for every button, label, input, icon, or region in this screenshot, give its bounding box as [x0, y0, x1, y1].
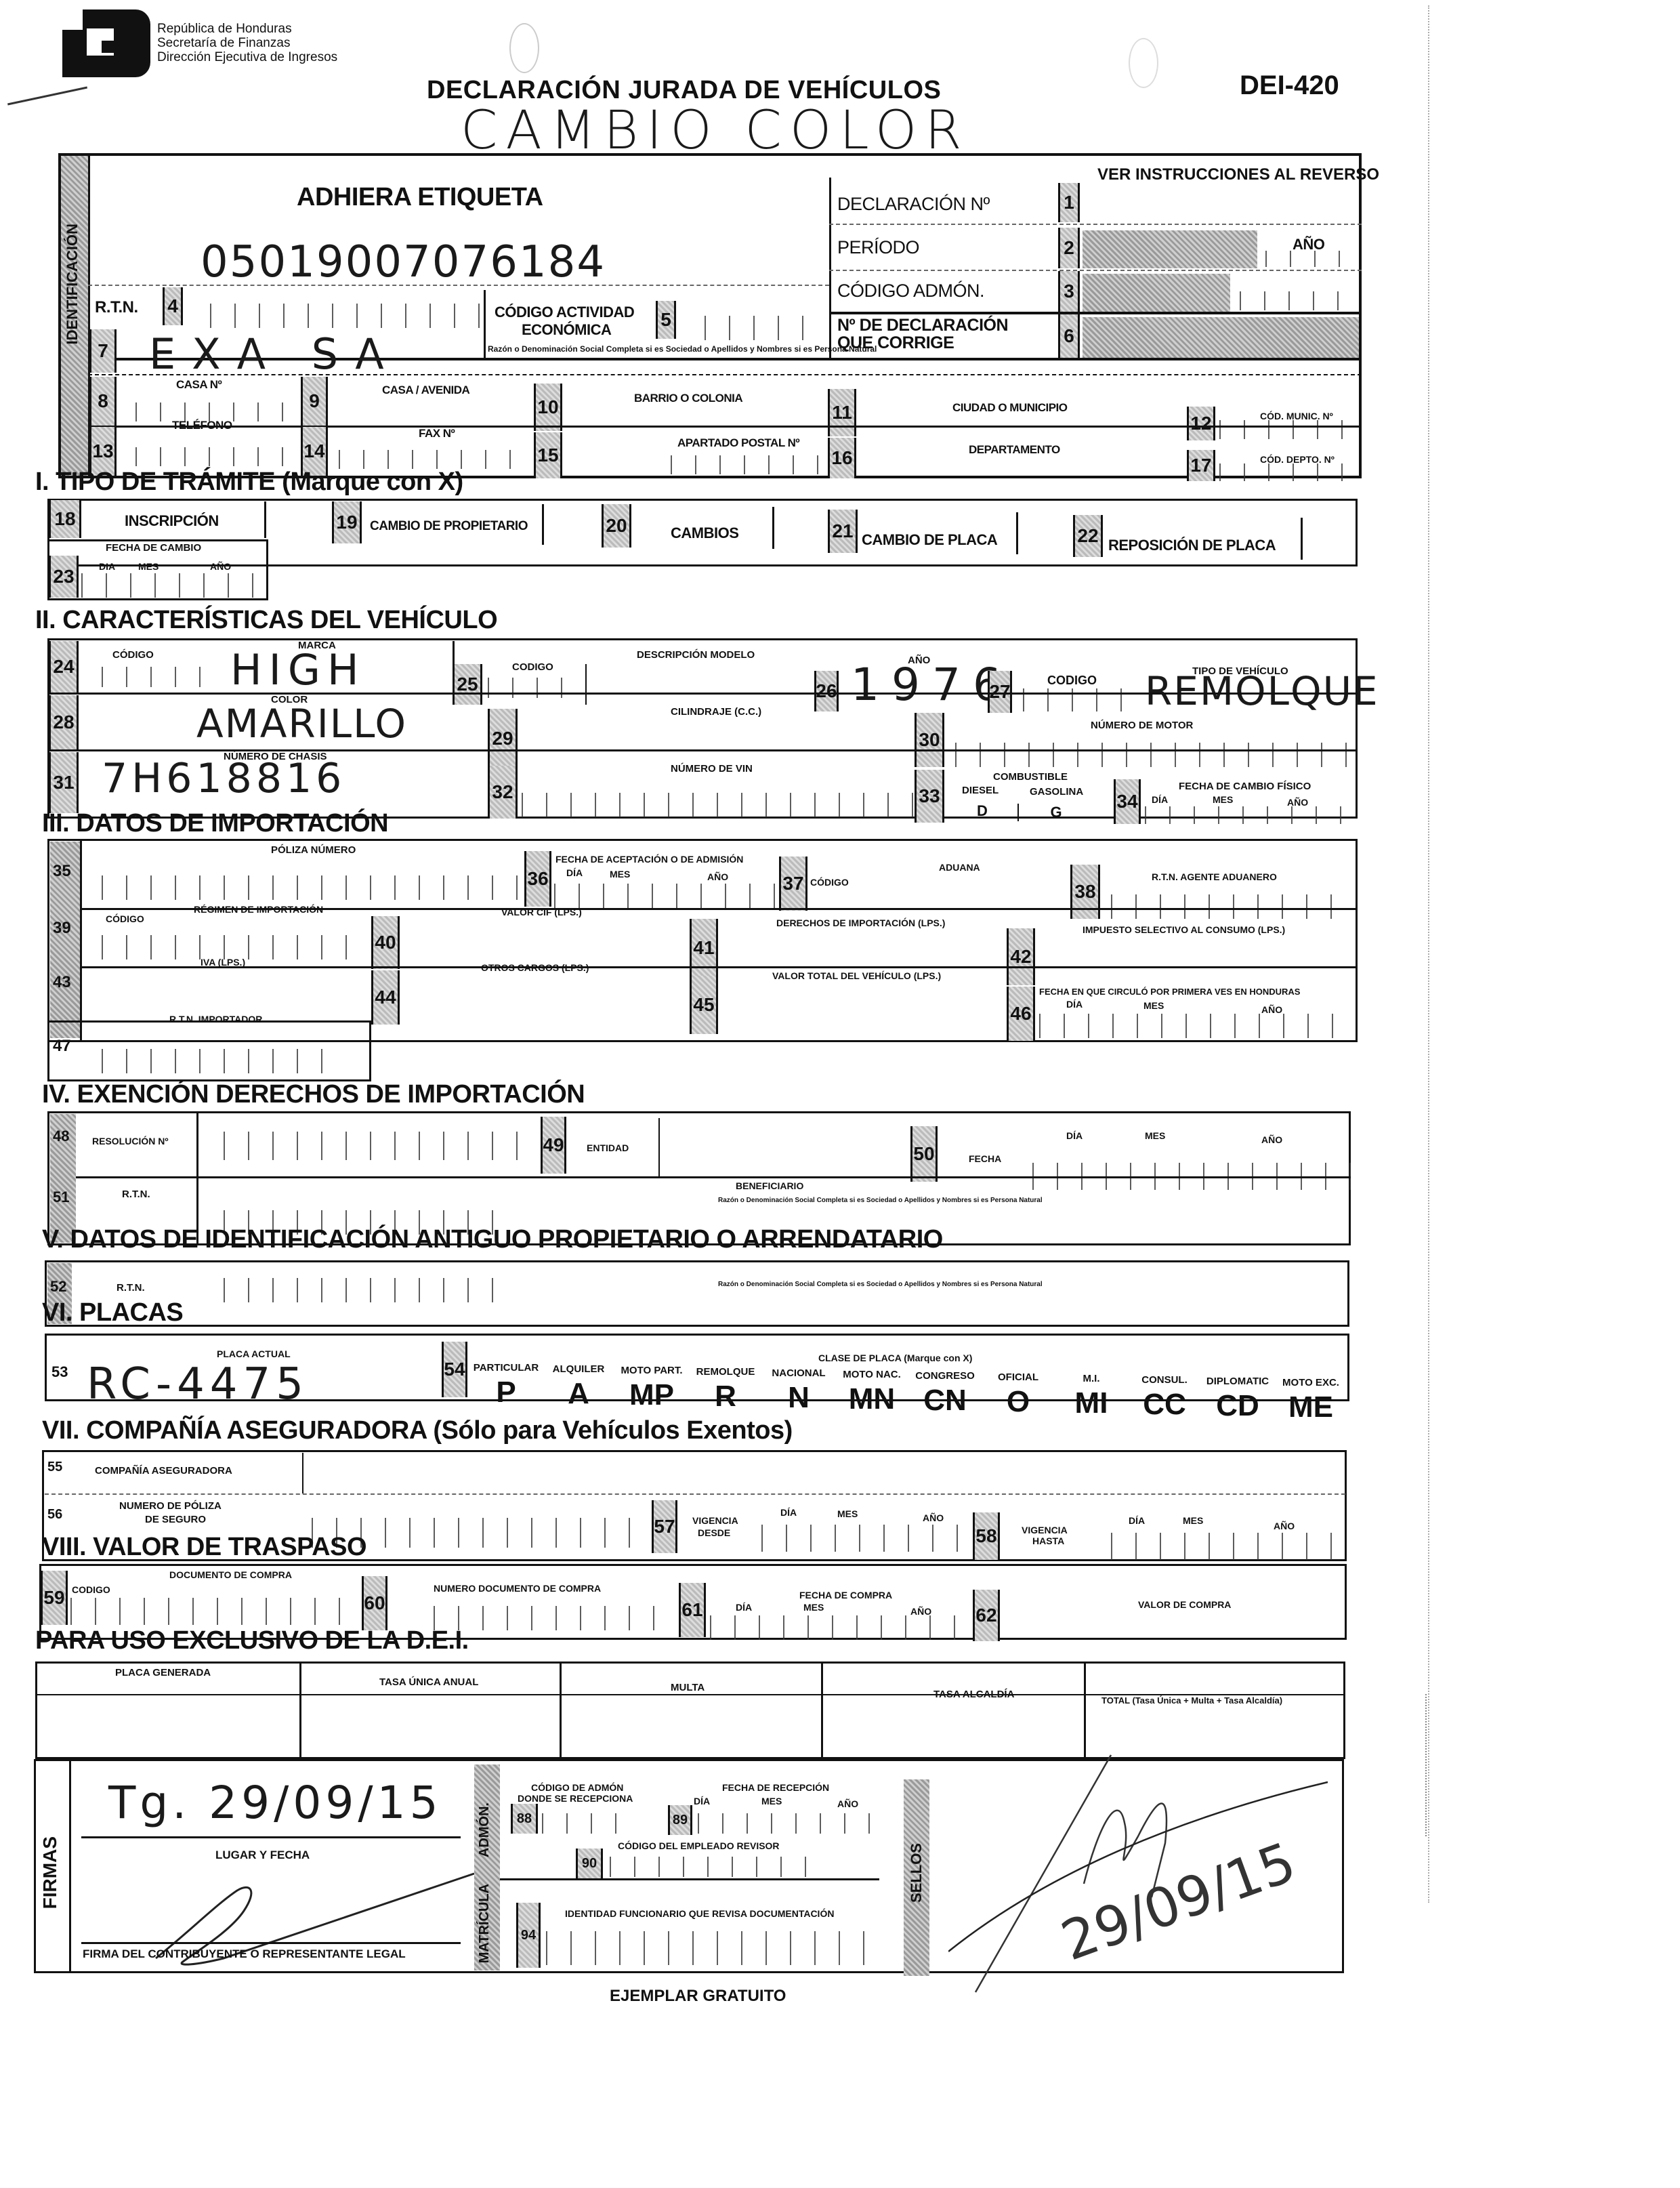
- placa-actual-value[interactable]: RC-4475: [87, 1359, 309, 1409]
- razon-social-value[interactable]: EXA SA: [149, 329, 400, 379]
- cilindraje-label: CILINDRAJE (C.C.): [671, 706, 761, 718]
- fecha-recepcion-input[interactable]: [698, 1813, 874, 1834]
- poliza-label: PÓLIZA NÚMERO: [271, 844, 356, 856]
- entidad-label: ENTIDAD: [587, 1142, 629, 1153]
- field-num-89: 89: [668, 1805, 692, 1835]
- uso-dei-col-placa: PLACA GENERADA: [115, 1667, 211, 1678]
- aduana-label: ADUANA: [939, 862, 980, 873]
- rtn-agente-label: R.T.N. AGENTE ADUANERO: [1152, 871, 1277, 882]
- rtn-agente-input[interactable]: [1111, 894, 1355, 919]
- field-num-23: 23: [49, 556, 79, 598]
- field-num-47: 47: [53, 1037, 71, 1056]
- field-num-42: 42: [1007, 928, 1035, 985]
- departamento-label: DEPARTAMENTO: [969, 443, 1060, 457]
- field-num-94: 94: [516, 1903, 541, 1968]
- field-num-51: 51: [53, 1189, 69, 1206]
- fecha-aceptacion-input[interactable]: [554, 884, 778, 908]
- fecha-circulo-input[interactable]: [1039, 1014, 1355, 1038]
- marca-codigo-input[interactable]: [102, 667, 203, 687]
- tramite-option-label: CAMBIO DE PLACA: [862, 531, 997, 549]
- fecha-aceptacion-anio: AÑO: [707, 871, 728, 882]
- fecha-aceptacion-mes: MES: [610, 869, 630, 880]
- chasis-value[interactable]: 7H618816: [102, 755, 345, 802]
- identificacion-side-label: IDENTIFICACIÓN: [64, 224, 81, 344]
- fecha-aceptacion-label: FECHA DE ACEPTACIÓN O DE ADMISIÓN: [555, 854, 743, 865]
- antiguo-rtn-input[interactable]: [224, 1278, 495, 1302]
- color-value[interactable]: AMARILLO: [196, 701, 407, 747]
- lugar-fecha-value[interactable]: Tg. 29/09/15: [108, 1777, 442, 1829]
- poliza-input[interactable]: [102, 875, 522, 900]
- combustible-label: COMBUSTIBLE: [993, 771, 1068, 783]
- placa-actual-label: PLACA ACTUAL: [217, 1348, 291, 1359]
- tramite-checkbox-cambio-propietario[interactable]: [542, 504, 604, 545]
- exencion-fecha-anio: AÑO: [1261, 1134, 1282, 1145]
- codigo-admon-recepciona-label-1: CÓDIGO DE ADMÓN: [531, 1782, 623, 1793]
- sticker-label: ADHIERA ETIQUETA: [297, 183, 543, 212]
- empleado-revisor-input[interactable]: [610, 1857, 826, 1877]
- modelo-codigo-label: CODIGO: [512, 661, 553, 673]
- fecha-recepcion-dia: DÍA: [694, 1796, 710, 1807]
- org-name: República de Honduras Secretaría de Fina…: [157, 22, 337, 64]
- calle-label: CASA / AVENIDA: [382, 384, 469, 397]
- motor-input[interactable]: [955, 743, 1355, 767]
- fecha-circulo-dia: DÍA: [1066, 999, 1083, 1010]
- field-num-45: 45: [690, 976, 718, 1034]
- poliza-seguro-label-1: NUMERO DE PÓLIZA: [119, 1500, 222, 1512]
- field-num-40: 40: [371, 916, 400, 969]
- sellos-side-label: SELLOS: [908, 1843, 925, 1903]
- section-traspaso-title: VIII. VALOR DE TRASPASO: [42, 1533, 366, 1562]
- vigencia-desde-label-1: VIGENCIA: [692, 1515, 738, 1526]
- field-num-16: 16: [828, 438, 856, 478]
- uso-dei-col-tasa: TASA ÚNICA ANUAL: [379, 1676, 478, 1688]
- tramite-checkbox-reposicion-placa[interactable]: [1301, 518, 1357, 560]
- fecha-recepcion-label: FECHA DE RECEPCIÓN: [722, 1782, 829, 1793]
- tipo-codigo-label: CODIGO: [1047, 674, 1097, 688]
- valor-total-label: VALOR TOTAL DEL VEHÍCULO (LPS.): [772, 970, 941, 981]
- numero-documento-input[interactable]: [434, 1606, 677, 1630]
- handwritten-note: CAMBIO COLOR: [461, 100, 970, 161]
- vigencia-hasta-label-2: HASTA: [1032, 1535, 1064, 1546]
- section-aseguradora-title: VII. COMPAÑÍA ASEGURADORA (Sólo para Veh…: [42, 1416, 793, 1445]
- admon-side-label: ADMÓN.: [477, 1802, 492, 1857]
- derechos-label: DERECHOS DE IMPORTACIÓN (LPS.): [776, 917, 945, 928]
- margin-bracket: [1425, 1694, 1427, 1836]
- selectivo-input[interactable]: [1036, 942, 1355, 983]
- vigencia-desde-anio: AÑO: [923, 1512, 944, 1523]
- section-uso-dei-title: PARA USO EXCLUSIVO DE LA D.E.I.: [35, 1626, 469, 1655]
- fax-input[interactable]: [339, 450, 528, 469]
- field-num-57: 57: [652, 1500, 677, 1553]
- uso-dei-col-total: TOTAL (Tasa Única + Multa + Tasa Alcaldí…: [1101, 1695, 1282, 1706]
- beneficiario-label: BENEFICIARIO: [736, 1180, 803, 1191]
- footer-label: EJEMPLAR GRATUITO: [610, 1987, 786, 2006]
- field-num-3: 3: [1058, 271, 1080, 312]
- tramite-option-label: CAMBIO DE PROPIETARIO: [370, 519, 528, 534]
- codigo-admon-input[interactable]: [1240, 291, 1359, 310]
- valor-cif-label: VALOR CIF (LPS.): [501, 907, 582, 917]
- fecha-cambio-label: FECHA DE CAMBIO: [106, 542, 201, 554]
- field-num-62: 62: [973, 1590, 1000, 1641]
- section-importacion-title: III. DATOS DE IMPORTACIÓN: [42, 809, 388, 838]
- field-num-50: 50: [910, 1126, 938, 1182]
- field-num-36: 36: [524, 851, 551, 907]
- documento-compra-input[interactable]: [70, 1598, 355, 1625]
- exencion-fecha-label: FECHA: [969, 1153, 1001, 1164]
- vigencia-desde-dia: DÍA: [780, 1507, 797, 1518]
- section-tramite-title: I. TIPO DE TRÁMITE (Marque con X): [35, 468, 463, 497]
- field-num-7: 7: [89, 329, 117, 373]
- field-num-53: 53: [51, 1363, 68, 1381]
- section-antiguo-title: V. DATOS DE IDENTIFICACIÓN ANTIGUO PROPI…: [42, 1225, 943, 1254]
- field-num-2: 2: [1058, 228, 1080, 268]
- codigo-admon-label: CÓDIGO ADMÓN.: [837, 281, 984, 302]
- section-vehiculo-title: II. CARACTERÍSTICAS DEL VEHÍCULO: [35, 606, 497, 635]
- antiguo-name-input[interactable]: [499, 1290, 1345, 1323]
- vin-label: NÚMERO DE VIN: [671, 763, 753, 775]
- resolucion-label: RESOLUCIÓN Nº: [92, 1136, 168, 1147]
- valor-compra-label: VALOR DE COMPRA: [1138, 1599, 1231, 1610]
- form-code: DEI-420: [1240, 70, 1339, 101]
- diesel-option[interactable]: D: [948, 802, 1016, 820]
- telefono-input[interactable]: [135, 447, 298, 466]
- field-num-22: 22: [1073, 515, 1103, 557]
- field-num-27: 27: [988, 671, 1012, 713]
- field-num-5: 5: [656, 301, 676, 339]
- fecha-aceptacion-dia: DÍA: [566, 867, 583, 878]
- gasolina-option[interactable]: G: [1017, 804, 1093, 821]
- rtn-importador-label: R.T.N. IMPORTADOR: [169, 1014, 262, 1025]
- funcionario-label: IDENTIDAD FUNCIONARIO QUE REVISA DOCUMEN…: [565, 1908, 834, 1919]
- cod-munic-input[interactable]: [1219, 420, 1355, 439]
- field-num-33: 33: [915, 770, 944, 823]
- field-num-88: 88: [511, 1804, 538, 1834]
- field-num-24: 24: [49, 641, 79, 693]
- compania-input[interactable]: [302, 1453, 1347, 1493]
- regimen-label: RÉGIMEN DE IMPORTACIÓN: [194, 904, 323, 915]
- field-num-28: 28: [49, 695, 79, 749]
- iva-input[interactable]: [83, 976, 367, 1010]
- vigencia-hasta-label-1: VIGENCIA: [1022, 1525, 1068, 1535]
- vigencia-hasta-dia: DÍA: [1129, 1515, 1145, 1526]
- dei-logo: [62, 9, 150, 77]
- field-num-31: 31: [49, 752, 79, 813]
- codigo-admon-recepciona-label-2: DONDE SE RECEPCIONA: [518, 1793, 633, 1804]
- vigencia-desde-label-2: DESDE: [698, 1527, 730, 1538]
- codigo-actividad-label-1: CÓDIGO ACTIVIDAD: [495, 304, 634, 321]
- fax-label: FAX Nº: [419, 427, 455, 440]
- field-num-37: 37: [779, 856, 807, 911]
- codigo-admon-recepciona-input[interactable]: [542, 1813, 630, 1834]
- clase-placa-label: CLASE DE PLACA (Marque con X): [818, 1353, 972, 1363]
- field-num-34: 34: [1114, 779, 1141, 824]
- field-num-11: 11: [828, 389, 856, 436]
- field-num-41: 41: [690, 919, 718, 977]
- compania-label: COMPAÑÍA ASEGURADORA: [95, 1465, 232, 1477]
- fecha-compra-dia: DÍA: [736, 1602, 752, 1613]
- antiguo-rtn-label: R.T.N.: [117, 1282, 145, 1294]
- valor-total-input[interactable]: [719, 989, 1004, 1034]
- fecha-cambio-mes: MES: [138, 561, 159, 572]
- declaracion-corrige-input[interactable]: [1083, 317, 1359, 358]
- documento-compra-label: DOCUMENTO DE COMPRA: [169, 1569, 292, 1580]
- field-num-48: 48: [53, 1128, 69, 1145]
- cilindraje-input[interactable]: [520, 721, 913, 762]
- casa-no-label: CASA Nº: [176, 378, 222, 392]
- firma-contribuyente-label: FIRMA DEL CONTRIBUYENTE O REPRESENTANTE …: [83, 1947, 406, 1961]
- funcionario-input[interactable]: [546, 1931, 871, 1965]
- rtn-label: R.T.N.: [95, 298, 138, 317]
- modelo-input[interactable]: [585, 664, 810, 705]
- declaracion-corrige-label-1: Nº DE DECLARACIÓN: [837, 316, 1008, 335]
- valor-compra-input[interactable]: [1003, 1613, 1344, 1640]
- fecha-cambio-fisico-mes: MES: [1213, 794, 1233, 805]
- periodo-year-input[interactable]: [1265, 251, 1360, 267]
- diesel-label: DIESEL: [962, 785, 999, 796]
- fecha-circulo-label: FECHA EN QUE CIRCULÓ POR PRIMERA VES EN …: [1039, 987, 1300, 997]
- field-num-17: 17: [1187, 450, 1215, 481]
- field-num-15: 15: [534, 432, 562, 478]
- tramite-option-label: INSCRIPCIÓN: [125, 512, 219, 530]
- exencion-rtn-label: R.T.N.: [122, 1189, 150, 1200]
- field-num-52: 52: [50, 1278, 66, 1296]
- selectivo-label: IMPUESTO SELECTIVO AL CONSUMO (LPS.): [1083, 924, 1285, 935]
- modelo-label: DESCRIPCIÓN MODELO: [637, 649, 755, 661]
- iva-label: IVA (LPS.): [201, 957, 245, 968]
- vigencia-hasta-mes: MES: [1183, 1515, 1203, 1526]
- gasolina-label: GASOLINA: [1030, 786, 1083, 798]
- exencion-fecha-mes: MES: [1145, 1130, 1165, 1141]
- rtn-importador-input[interactable]: [102, 1049, 345, 1073]
- field-num-26: 26: [814, 671, 839, 711]
- field-num-54: 54: [442, 1342, 467, 1397]
- tramite-option-label: REPOSICIÓN DE PLACA: [1108, 537, 1276, 554]
- field-num-35: 35: [53, 862, 71, 881]
- field-num-30: 30: [915, 713, 944, 767]
- tramite-option-label: CAMBIOS: [671, 524, 738, 542]
- field-num-12: 12: [1187, 407, 1215, 440]
- antiguo-hint: Razón o Denominación Social Completa si …: [718, 1281, 1043, 1288]
- fecha-cambio-fisico-input[interactable]: [1145, 806, 1355, 824]
- punch-hole-left: [509, 23, 539, 73]
- fecha-compra-label: FECHA DE COMPRA: [799, 1590, 892, 1601]
- periodo-shaded: [1083, 230, 1257, 268]
- fecha-cambio-anio: AÑO: [210, 561, 231, 572]
- lugar-fecha-label: LUGAR Y FECHA: [215, 1849, 310, 1862]
- ciudad-label: CIUDAD O MUNICIPIO: [952, 401, 1068, 415]
- field-num-58: 58: [973, 1512, 1000, 1560]
- barrio-label: BARRIO O COLONIA: [634, 392, 742, 405]
- otros-input[interactable]: [401, 976, 686, 1023]
- field-num-20: 20: [602, 504, 631, 548]
- vigencia-hasta-anio: AÑO: [1274, 1521, 1295, 1531]
- declaracion-no-input[interactable]: [1080, 183, 1359, 222]
- codigo-actividad-label-2: ECONÓMICA: [522, 321, 611, 339]
- telefono-label: TELÉFONO: [172, 419, 232, 432]
- field-num-19: 19: [332, 501, 362, 543]
- calle-input[interactable]: [329, 401, 532, 424]
- field-num-60: 60: [362, 1576, 387, 1630]
- exencion-fecha-dia: DÍA: [1066, 1130, 1083, 1141]
- field-num-4: 4: [163, 287, 183, 325]
- field-num-32: 32: [488, 766, 518, 819]
- beneficiario-hint: Razón o Denominación Social Completa si …: [718, 1197, 1043, 1204]
- field-num-10: 10: [534, 384, 562, 431]
- codigo-admon-shaded: [1083, 274, 1230, 312]
- field-num-55: 55: [47, 1460, 62, 1475]
- fecha-compra-input[interactable]: [710, 1615, 967, 1640]
- field-num-6: 6: [1058, 314, 1080, 358]
- field-num-44: 44: [371, 970, 400, 1025]
- vigencia-hasta-input[interactable]: [1111, 1533, 1341, 1560]
- vigencia-desde-mes: MES: [837, 1508, 858, 1519]
- matricula-side-label: MATRÍCULA: [477, 1884, 492, 1963]
- vigencia-desde-input[interactable]: [761, 1525, 971, 1552]
- periodo-label: PERÍODO: [837, 237, 919, 258]
- numero-documento-label: NUMERO DOCUMENTO DE COMPRA: [434, 1583, 601, 1594]
- fecha-compra-mes: MES: [803, 1602, 824, 1613]
- documento-codigo-label: CODIGO: [72, 1584, 110, 1595]
- section-exencion-title: IV. EXENCIÓN DERECHOS DE IMPORTACIÓN: [42, 1080, 585, 1109]
- codigo-actividad-input[interactable]: [705, 316, 820, 340]
- field-num-29: 29: [488, 709, 518, 768]
- pen-stroke: [7, 87, 87, 106]
- section-placas-title: VI. PLACAS: [42, 1298, 183, 1327]
- tipo-value[interactable]: REMOLQUE: [1145, 668, 1379, 714]
- marca-codigo-label: CÓDIGO: [112, 649, 154, 661]
- fecha-cambio-input[interactable]: [81, 573, 264, 598]
- resolucion-input[interactable]: [224, 1132, 549, 1160]
- cod-depto-input[interactable]: [1219, 463, 1355, 481]
- marca-value[interactable]: HIGH: [230, 645, 366, 695]
- field-num-46: 46: [1007, 987, 1035, 1041]
- field-num-49: 49: [541, 1117, 566, 1174]
- otros-label: OTROS CARGOS (LPS.): [481, 962, 589, 973]
- aduana-input[interactable]: [810, 888, 1068, 915]
- fecha-recepcion-anio: AÑO: [837, 1798, 858, 1809]
- tramite-checkbox-inscripcion[interactable]: [264, 501, 334, 538]
- apartado-input[interactable]: [671, 455, 820, 474]
- razon-social-hint: Razón o Denominación Social Completa si …: [488, 344, 877, 354]
- fecha-recepcion-mes: MES: [761, 1796, 782, 1807]
- regimen-codigo-label: CÓDIGO: [106, 913, 144, 924]
- apartado-label: APARTADO POSTAL Nº: [677, 436, 799, 450]
- modelo-codigo-input[interactable]: [488, 678, 562, 698]
- rtn-input[interactable]: [210, 304, 481, 328]
- punch-hole-right: [1129, 38, 1158, 88]
- declaracion-no-label: DECLARACIÓN Nº: [837, 194, 990, 215]
- poliza-seguro-label-2: DE SEGURO: [145, 1514, 206, 1525]
- empleado-revisor-label: CÓDIGO DEL EMPLEADO REVISOR: [618, 1840, 780, 1851]
- field-num-9: 9: [301, 377, 328, 426]
- field-num-39: 39: [53, 919, 71, 938]
- field-num-38: 38: [1070, 865, 1100, 919]
- fecha-circulo-mes: MES: [1143, 1000, 1164, 1011]
- uso-dei-col-multa: MULTA: [671, 1682, 705, 1693]
- firmas-side-label: FIRMAS: [39, 1836, 61, 1909]
- departamento-input[interactable]: [858, 458, 1183, 477]
- field-num-25: 25: [453, 664, 482, 705]
- field-num-56: 56: [47, 1507, 62, 1523]
- field-num-1: 1: [1058, 183, 1080, 222]
- field-num-90: 90: [576, 1849, 603, 1878]
- field-num-61: 61: [679, 1583, 706, 1637]
- vin-input[interactable]: [522, 793, 915, 817]
- rtn-handwritten[interactable]: 05019007076184: [201, 237, 606, 287]
- field-num-8: 8: [89, 377, 117, 426]
- field-num-18: 18: [49, 500, 81, 538]
- fecha-cambio-fisico-label: FECHA DE CAMBIO FÍSICO: [1179, 781, 1311, 792]
- fecha-cambio-dia: DIA: [99, 561, 115, 572]
- entidad-input[interactable]: [658, 1118, 894, 1176]
- tramite-checkbox-cambios[interactable]: [772, 507, 828, 549]
- regimen-input[interactable]: [102, 935, 359, 959]
- tramite-checkbox-cambio-placa[interactable]: [1016, 512, 1075, 554]
- field-num-43: 43: [53, 973, 71, 992]
- field-num-59: 59: [41, 1571, 68, 1625]
- motor-label: NÚMERO DE MOTOR: [1091, 720, 1193, 731]
- fecha-cambio-fisico-dia: DÍA: [1152, 794, 1168, 805]
- aduana-codigo-label: CÓDIGO: [810, 877, 849, 888]
- field-num-21: 21: [828, 510, 858, 553]
- page-edge-line: [1428, 5, 1429, 1903]
